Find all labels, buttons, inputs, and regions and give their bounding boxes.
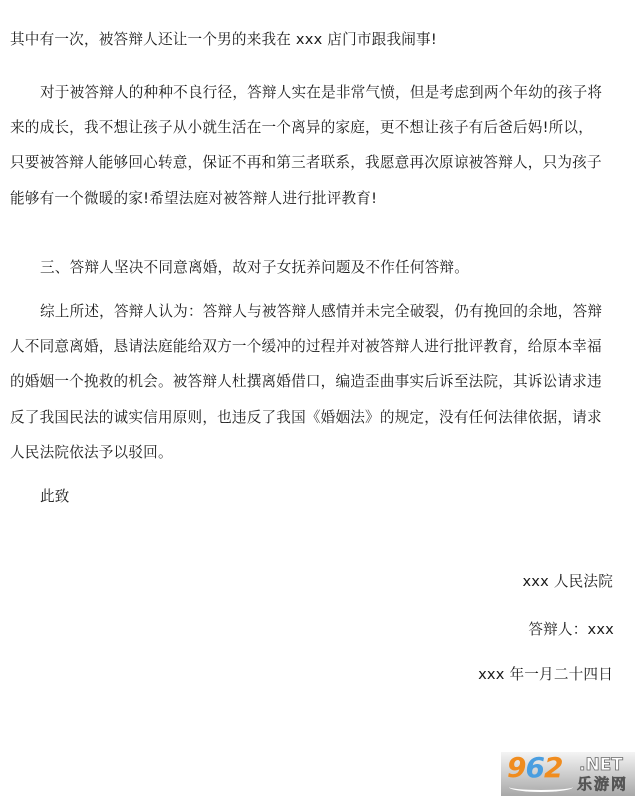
watermark-name: 乐游网 (577, 775, 628, 793)
paragraph-line: 的婚姻一个挽救的机会。被答辩人杜撰离婚借口，编造歪曲事实后诉至法院，其诉讼请求违 (10, 372, 616, 392)
paragraph-line: 只要被答辩人能够回心转意，保证不再和第三者联系，我愿意再次原谅被答辩人，只为孩子 (10, 153, 616, 173)
swoosh-icon (509, 782, 573, 792)
paragraph-line: 能够有一个微暖的家!希望法庭对被答辩人进行批评教育! (10, 189, 616, 209)
paragraph-line: 三、答辩人坚决不同意离婚，故对子女抚养问题及不作任何答辩。 (40, 258, 616, 278)
paragraph-line: 对于被答辩人的种种不良行径，答辩人实在是非常气愤，但是考虑到两个年幼的孩子将 (40, 83, 616, 103)
watermark-logo: 962 .NET 乐游网 (501, 752, 635, 796)
paragraph-line: 来的成长，我不想让孩子从小就生活在一个离异的家庭，更不想让孩子有后爸后妈!所以， (10, 118, 616, 138)
paragraph-line: 人民法院依法予以驳回。 (10, 443, 616, 463)
salutation: 此致 (40, 487, 616, 507)
watermark-digits: 962 (507, 753, 562, 783)
paragraph-line: 人不同意离婚，恳请法庭能给双方一个缓冲的过程并对被答辩人进行批评教育，给原本幸福 (10, 337, 616, 357)
watermark-domain: .NET (579, 755, 623, 775)
paragraph-line: 反了我国民法的诚实信用原则，也违反了我国《婚姻法》的规定，没有任何法律依据，请求 (10, 408, 616, 428)
paragraph-line: 其中有一次，被答辩人还让一个男的来我在 xxx 店门市跟我闹事! (10, 30, 616, 50)
signature-date: xxx 年一月二十四日 (478, 665, 613, 685)
signature-court: xxx 人民法院 (522, 572, 613, 592)
signature-respondent: 答辩人：xxx (528, 620, 614, 640)
paragraph-line: 综上所述，答辩人认为：答辩人与被答辩人感情并未完全破裂，仍有挽回的余地，答辩 (40, 302, 616, 322)
